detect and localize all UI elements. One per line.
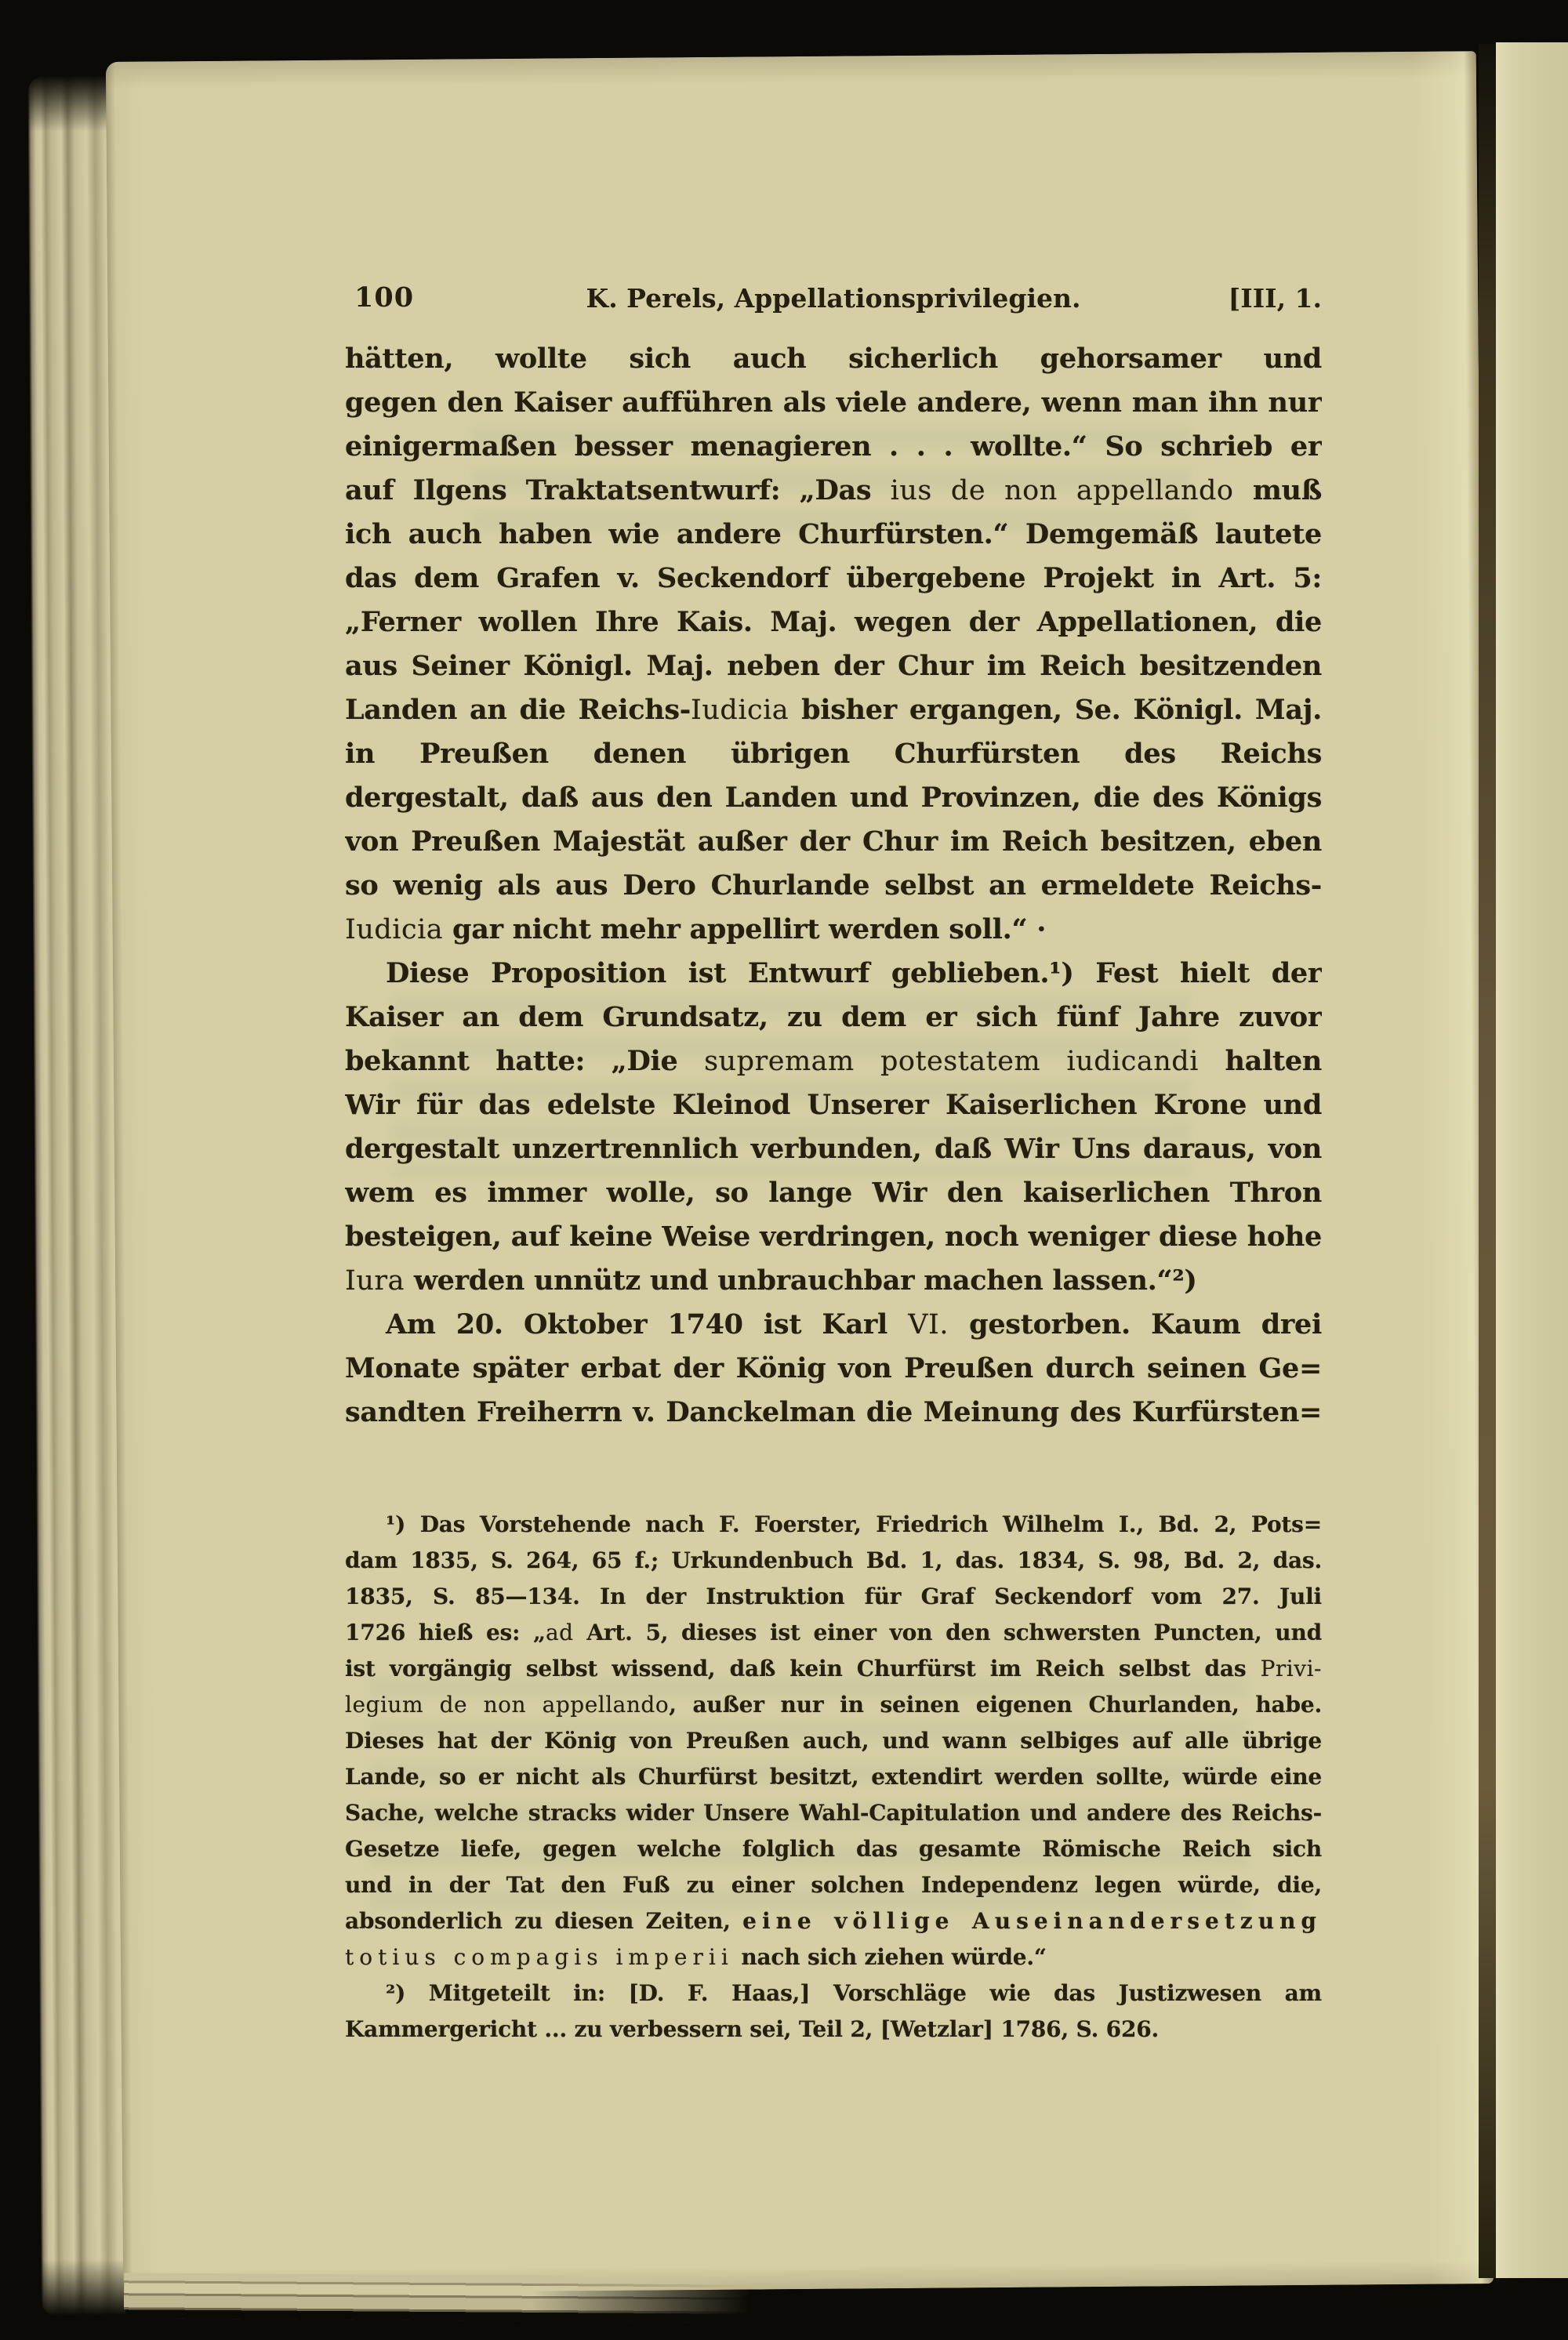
text-line: Landen an die Reichs-Iudicia bisher erga… xyxy=(345,688,1322,732)
text-line: so wenig als aus Dero Churlande selbst a… xyxy=(345,864,1322,908)
text-line: dergestalt unzertrennlich verbunden, daß… xyxy=(345,1127,1322,1171)
text-line: Diese Proposition ist Entwurf geblieben.… xyxy=(345,952,1322,996)
text-line: Am 20. Oktober 1740 ist Karl VI. gestorb… xyxy=(345,1303,1322,1347)
text-line: totius compagis imperii nach sich ziehen… xyxy=(345,1939,1322,1975)
text-line: Dieses hat der König von Preußen auch, u… xyxy=(345,1723,1322,1759)
body-text: hätten, wollte sich auch sicherlich geho… xyxy=(345,337,1322,1435)
page-header: 100 K. Perels, Appellationsprivilegien. … xyxy=(345,274,1322,314)
text-line: aus Seiner Königl. Maj. neben der Chur i… xyxy=(345,644,1322,688)
text-line: wem es immer wolle, so lange Wir den kai… xyxy=(345,1171,1322,1215)
text-line: Sache, welche stracks wider Unsere Wahl-… xyxy=(345,1795,1322,1831)
footnotes: ¹) Das Vorstehende nach F. Foerster, Fri… xyxy=(345,1507,1322,2048)
text-line: besteigen, auf keine Weise verdringen, n… xyxy=(345,1215,1322,1259)
text-line: ich auch haben wie andere Churfürsten.“ … xyxy=(345,513,1322,557)
text-line: ¹) Das Vorstehende nach F. Foerster, Fri… xyxy=(345,1507,1322,1543)
running-title: K. Perels, Appellationsprivilegien. xyxy=(345,283,1322,314)
text-line: hätten, wollte sich auch sicherlich geho… xyxy=(345,337,1322,381)
text-line: das dem Grafen v. Seckendorf übergebene … xyxy=(345,557,1322,600)
text-line: von Preußen Majestät außer der Chur im R… xyxy=(345,820,1322,864)
text-line: dergestalt, daß aus den Landen und Provi… xyxy=(345,776,1322,820)
text-line: 1835, S. 85—134. In der Instruktion für … xyxy=(345,1579,1322,1615)
text-line: dam 1835, S. 264, 65 f.; Urkundenbuch Bd… xyxy=(345,1543,1322,1579)
text-line: sandten Freiherrn v. Danckelman die Mein… xyxy=(345,1391,1322,1435)
text-line: Monate später erbat der König von Preuße… xyxy=(345,1347,1322,1391)
text-line: Wir für das edelste Kleinod Unserer Kais… xyxy=(345,1083,1322,1127)
text-line: Gesetze liefe, gegen welche folglich das… xyxy=(345,1831,1322,1867)
page-gutter-shadow xyxy=(1479,44,1497,2278)
text-line: ²) Mitgeteilt in: [D. F. Haas,] Vorschlä… xyxy=(345,1975,1322,2012)
text-line: ist vorgängig selbst wissend, daß kein C… xyxy=(345,1651,1322,1687)
text-line: Kaiser an dem Grundsatz, zu dem er sich … xyxy=(345,996,1322,1039)
text-line: absonderlich zu diesen Zeiten, eine völl… xyxy=(345,1903,1322,1939)
text-line: gegen den Kaiser aufführen als viele and… xyxy=(345,381,1322,425)
text-line: Iura werden unnütz und unbrauchbar mache… xyxy=(345,1259,1322,1303)
text-line: „Ferner wollen Ihre Kais. Maj. wegen der… xyxy=(345,600,1322,644)
facing-page-edge xyxy=(1496,42,1568,2278)
text-line: bekannt hatte: „Die supremam potestatem … xyxy=(345,1039,1322,1083)
text-line: und in der Tat den Fuß zu einer solchen … xyxy=(345,1867,1322,1903)
text-line: in Preußen denen übrigen Churfürsten des… xyxy=(345,732,1322,776)
text-line: legium de non appellando, außer nur in s… xyxy=(345,1687,1322,1723)
page-edge-stack-bottom xyxy=(124,2273,751,2323)
section-marker: [III, 1. xyxy=(1229,283,1322,314)
text-line: Lande, so er nicht als Churfürst besitzt… xyxy=(345,1759,1322,1795)
text-line: Iudicia gar nicht mehr appellirt werden … xyxy=(345,908,1322,952)
text-line: einigermaßen besser menagieren . . . wol… xyxy=(345,425,1322,469)
text-line: auf Ilgens Traktatsentwurf: „Das ius de … xyxy=(345,469,1322,513)
text-line: 1726 hieß es: „ad Art. 5, dieses ist ein… xyxy=(345,1615,1322,1651)
text-line: Kammergericht ... zu verbessern sei, Tei… xyxy=(345,2012,1322,2048)
